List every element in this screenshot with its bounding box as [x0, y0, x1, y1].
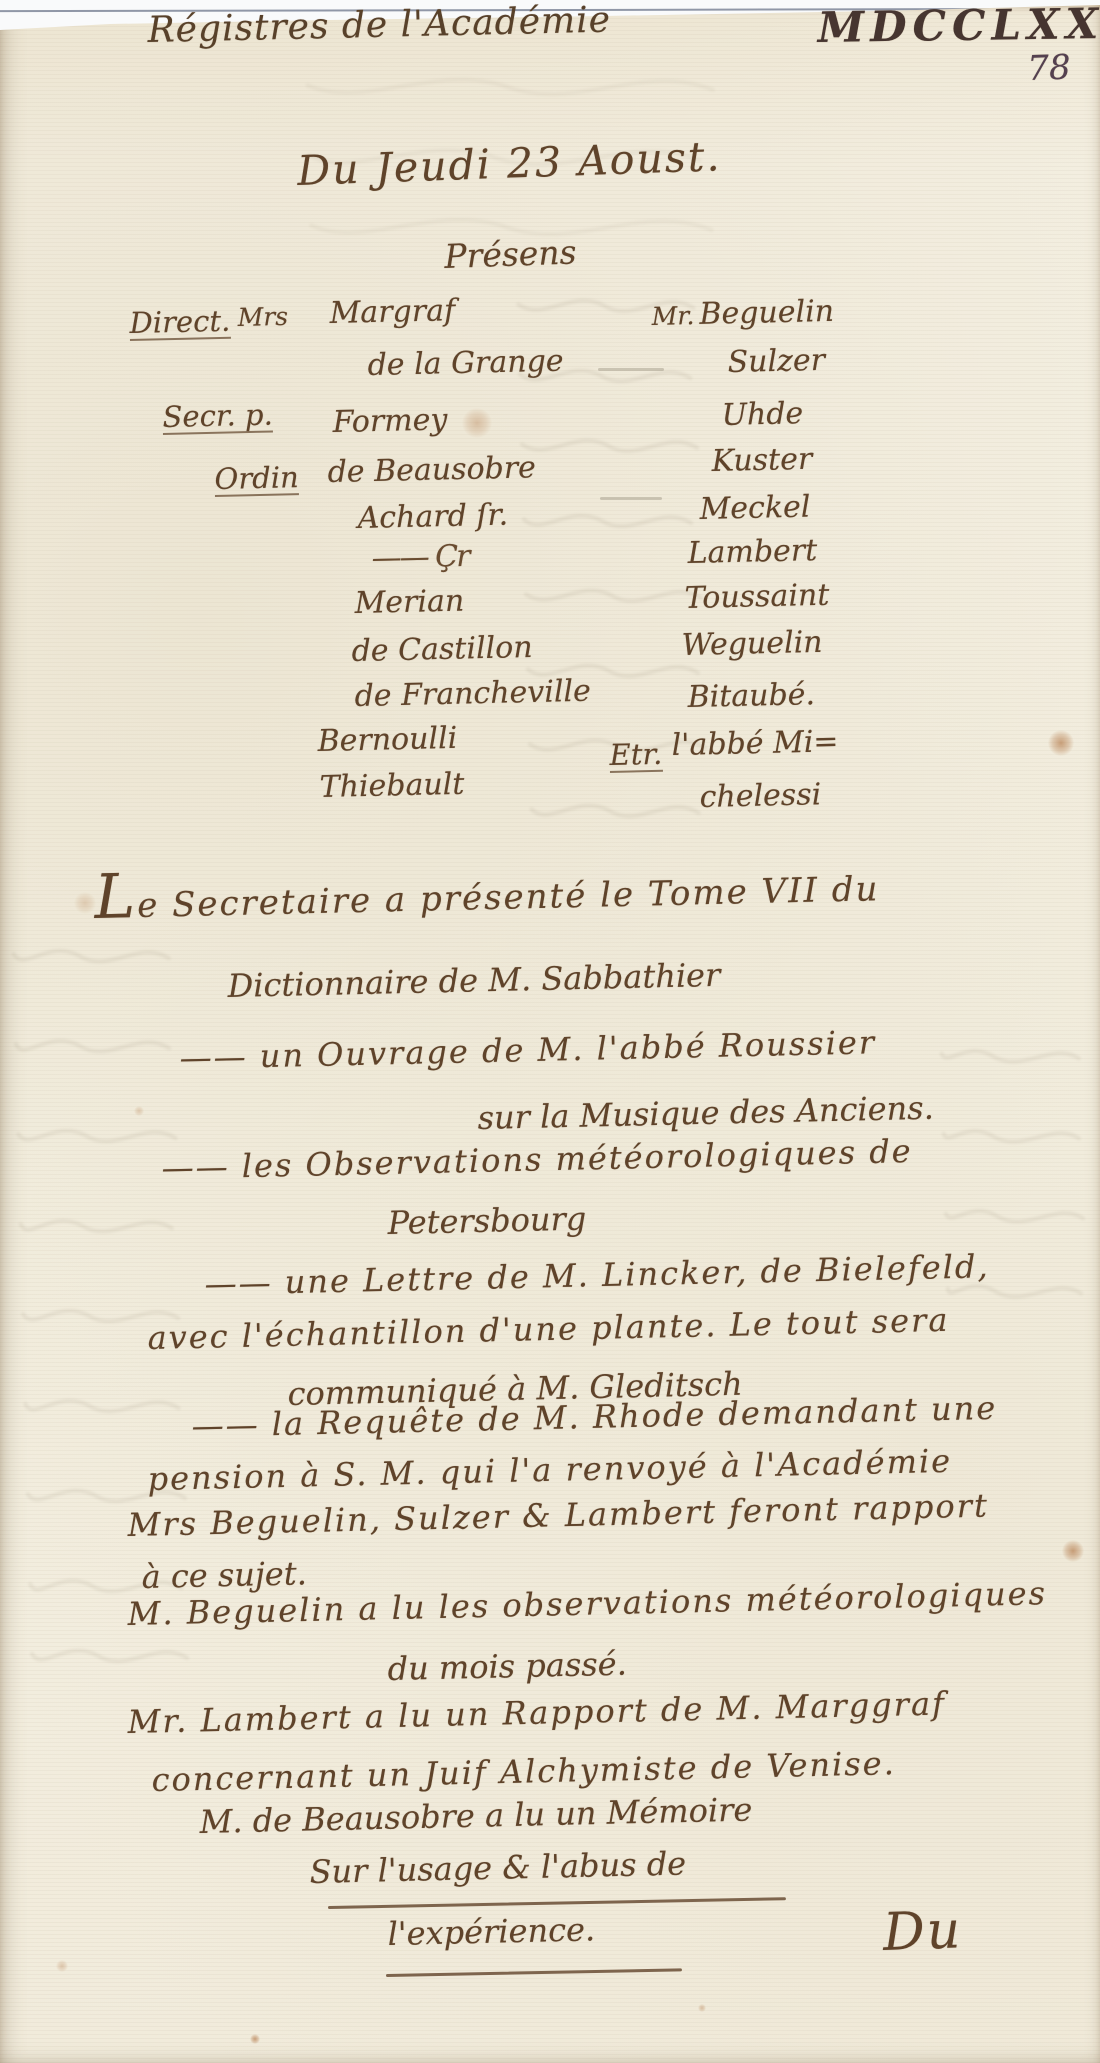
minutes-line-underlined: l'expérience. — [387, 1913, 595, 1951]
attendee-name: de la Grange — [367, 346, 564, 382]
role-label-director: Direct. — [129, 306, 230, 342]
foxing-spot — [250, 2034, 260, 2044]
attendee-name: Achard ſr. — [357, 500, 508, 535]
attendee-name: Uhde — [721, 398, 803, 431]
attendee-name: Kuster — [711, 444, 812, 478]
foxing-spot — [698, 2004, 706, 2012]
role-label-foreign: Etr. — [609, 739, 662, 774]
attendee-name: Sulzer — [727, 345, 825, 379]
foxing-spot — [134, 1106, 144, 1116]
manuscript-scan: { "colors": { "ink": "#5f432a", "ink_dar… — [0, 0, 1100, 2063]
minutes-line-underlined: Sur l'usage & l'abus de — [309, 1847, 686, 1889]
foxing-spot — [56, 1960, 68, 1972]
attendee-name: Lambert — [687, 535, 817, 569]
catchword: Du — [882, 1903, 963, 1960]
role-label-secretary: Secr. p. — [162, 400, 273, 436]
attendee-name: Bitaubé. — [687, 679, 815, 713]
attendee-name: Meckel — [699, 491, 810, 525]
attendee-name: Formey — [332, 404, 447, 438]
foxing-spot — [1062, 1540, 1084, 1562]
foxing-spot — [462, 408, 492, 438]
attendee-name: Margraf — [329, 295, 455, 329]
minutes-line: du mois passé. — [387, 1648, 627, 1687]
attendee-name: Thiebault — [319, 769, 464, 804]
monsieur-abbrev: Mr. — [651, 301, 694, 331]
attendee-name-line1: l'abbé Mi= — [671, 726, 839, 761]
attendee-name: Beguelin — [699, 294, 834, 332]
column-separator-flourish: —— Çr — [371, 541, 469, 575]
attendee-name: de Beausobre — [327, 452, 536, 488]
messieurs-abbrev: Mrs — [237, 304, 288, 331]
attendee-name: Weguelin — [681, 627, 823, 662]
attendee-name: de Francheville — [354, 676, 591, 713]
attendee-row: Mr. Beguelin — [651, 296, 834, 332]
role-label-ordinary: Ordin — [214, 462, 299, 497]
foxing-spot — [1048, 730, 1074, 756]
show-through-dash — [600, 497, 662, 500]
page-number: 78 — [1027, 51, 1071, 88]
presens-heading: Présens — [444, 235, 577, 274]
show-through-ghost-writing — [936, 1028, 1094, 1332]
year-roman-numeral: MDCCLXX — [817, 2, 1100, 50]
attendee-name: de Castillon — [351, 632, 533, 668]
minutes-line: à ce sujet. — [141, 1557, 307, 1594]
foxing-spot — [74, 892, 96, 914]
show-through-dash — [598, 368, 664, 371]
attendee-name: Merian — [354, 586, 464, 620]
minutes-line: Petersbourg — [387, 1203, 586, 1241]
attendee-name-line2: chelessi — [699, 779, 821, 813]
attendee-name: Toussaint — [684, 580, 829, 615]
attendee-name: Bernoulli — [317, 723, 457, 758]
